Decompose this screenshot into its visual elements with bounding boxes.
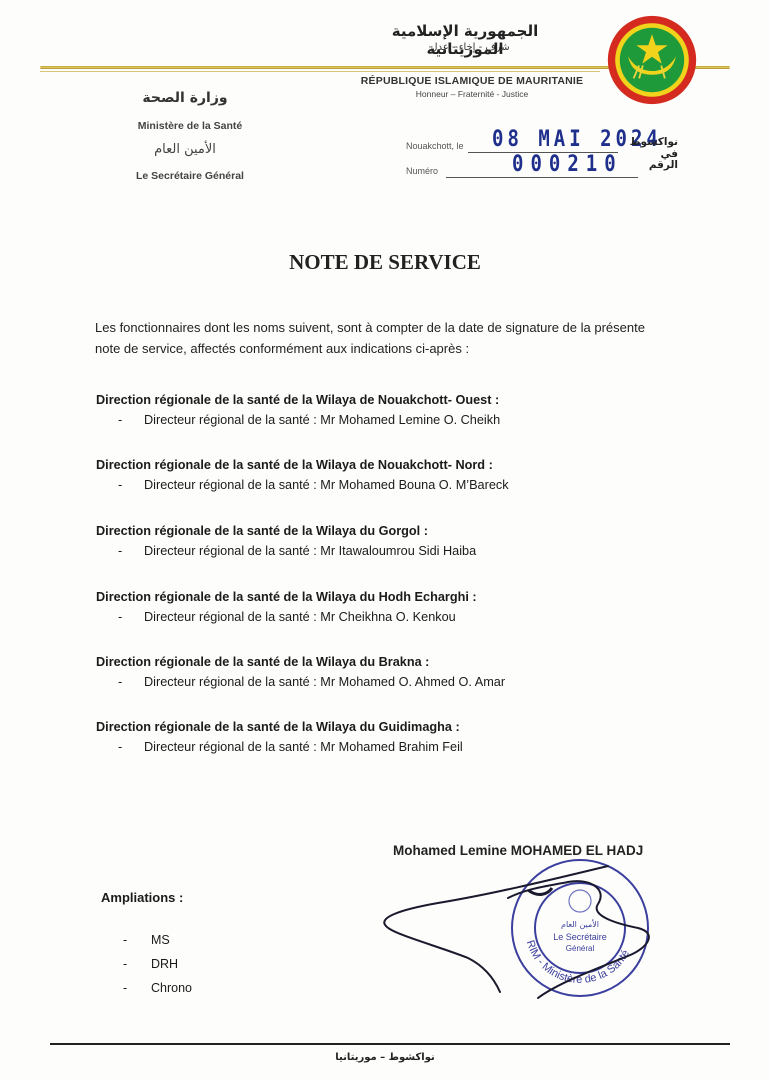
ampliation-item: -Chrono [123, 976, 192, 1000]
bullet-dash: - [118, 672, 144, 692]
intro-paragraph: Les fonctionnaires dont les noms suivent… [95, 317, 655, 359]
ampliations-heading: Ampliations : [101, 890, 183, 905]
ampliation-text: MS [151, 933, 170, 947]
assignment-item: -Directeur régional de la santé : Mr Moh… [96, 410, 656, 430]
assignment-section: Direction régionale de la santé de la Wi… [96, 390, 656, 430]
republic-name-french: RÉPUBLIQUE ISLAMIQUE DE MAURITANIE [352, 75, 592, 87]
office-title-french: Le Secrétaire Général [110, 170, 270, 182]
assignment-section: Direction régionale de la santé de la Wi… [96, 587, 656, 627]
ampliation-item: -MS [123, 928, 192, 952]
footer-rule [50, 1043, 730, 1045]
footer-address-arabic: نواكشوط – موريتانيا [0, 1052, 770, 1063]
assignment-section: Direction régionale de la santé de la Wi… [96, 717, 656, 757]
assignment-item: -Directeur régional de la santé : Mr Che… [96, 607, 656, 627]
assignment-text: Directeur régional de la santé : Mr Moha… [144, 413, 500, 427]
number-label-french: Numéro [406, 166, 438, 176]
ampliations-list: -MS-DRH-Chrono [123, 928, 192, 1000]
handwritten-signature [378, 858, 678, 1008]
assignment-item: -Directeur régional de la santé : Mr Ita… [96, 541, 656, 561]
number-stamp-value: 000210 [512, 151, 623, 176]
office-title-arabic: الأمين العام [120, 142, 250, 157]
bullet-dash: - [118, 475, 144, 495]
assignment-item: -Directeur régional de la santé : Mr Moh… [96, 475, 656, 495]
assignment-text: Directeur régional de la santé : Mr Moha… [144, 675, 505, 689]
assignment-heading: Direction régionale de la santé de la Wi… [96, 455, 656, 475]
ministry-name-arabic: وزارة الصحة [120, 90, 250, 106]
bullet-dash: - [118, 541, 144, 561]
assignment-text: Directeur régional de la santé : Mr Moha… [144, 478, 509, 492]
assignment-item: -Directeur régional de la santé : Mr Moh… [96, 672, 656, 692]
ministry-name-french: Ministère de la Santé [110, 120, 270, 132]
assignment-text: Directeur régional de la santé : Mr Chei… [144, 610, 456, 624]
assignment-text: Directeur régional de la santé : Mr Itaw… [144, 544, 476, 558]
ampliation-text: DRH [151, 957, 178, 971]
assignment-text: Directeur régional de la santé : Mr Moha… [144, 740, 463, 754]
bullet-dash: - [118, 737, 144, 757]
assignment-heading: Direction régionale de la santé de la Wi… [96, 717, 656, 737]
assignment-item: -Directeur régional de la santé : Mr Moh… [96, 737, 656, 757]
motto-french: Honneur – Fraternité - Justice [352, 89, 592, 99]
assignment-heading: Direction régionale de la santé de la Wi… [96, 587, 656, 607]
date-label-arabic: نواكشوط في [618, 136, 678, 160]
document-title: NOTE DE SERVICE [0, 250, 770, 275]
ampliation-text: Chrono [151, 981, 192, 995]
ampliation-item: -DRH [123, 952, 192, 976]
assignment-section: Direction régionale de la santé de la Wi… [96, 652, 656, 692]
bullet-dash: - [123, 952, 151, 976]
assignment-heading: Direction régionale de la santé de la Wi… [96, 390, 656, 410]
bullet-dash: - [123, 928, 151, 952]
assignment-heading: Direction régionale de la santé de la Wi… [96, 521, 656, 541]
assignment-section: Direction régionale de la santé de la Wi… [96, 521, 656, 561]
bullet-dash: - [118, 607, 144, 627]
motto-arabic: شرف - إخاء - عدل [400, 42, 540, 53]
assignment-section: Direction régionale de la santé de la Wi… [96, 455, 656, 495]
date-label-french: Nouakchott, le [406, 141, 464, 151]
bullet-dash: - [118, 410, 144, 430]
number-label-arabic: الرقم [630, 159, 678, 171]
bullet-dash: - [123, 976, 151, 1000]
national-seal-icon [606, 14, 698, 106]
assignment-heading: Direction régionale de la santé de la Wi… [96, 652, 656, 672]
header-gold-rule-thin [40, 71, 600, 72]
